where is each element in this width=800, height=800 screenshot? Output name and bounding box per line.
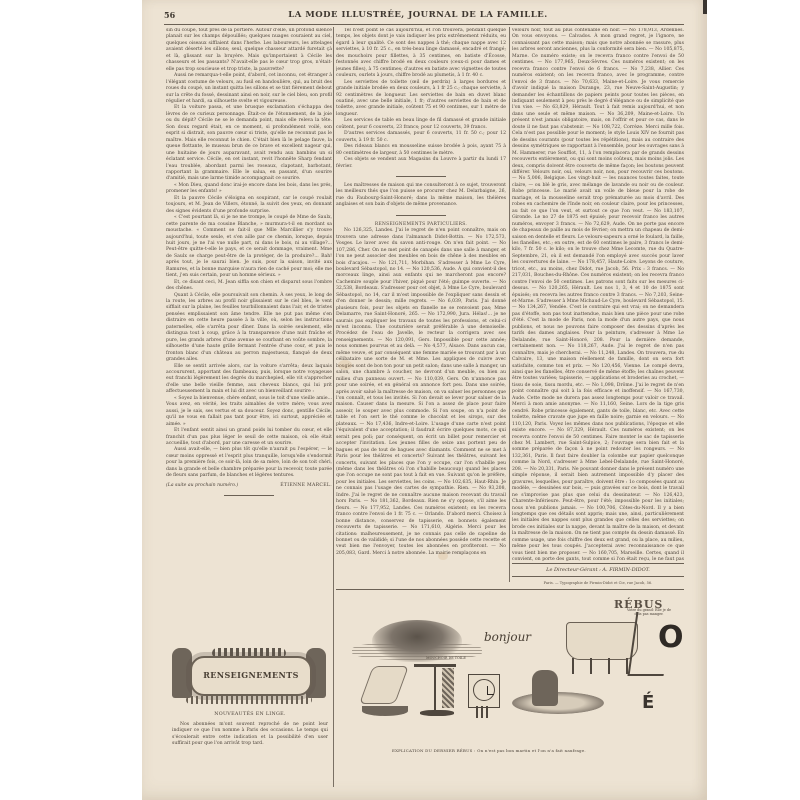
section-body: Nos abonnées m'ont souvent reproché de n… (172, 722, 328, 748)
paragraph: Nos abonnées m'ont souvent reproché de n… (172, 722, 328, 748)
paragraph: Les serviettes de toilette (œil de perdr… (336, 80, 506, 119)
paragraph: Elle se sentit arrivée alors, car la voi… (166, 364, 332, 396)
decorative-figure-illustration (172, 648, 192, 698)
author-name: ÉTIENNE MARCEL. (280, 483, 332, 489)
column-serial-story: sin du coupé, tout près de la portière. … (166, 28, 332, 592)
explanation-text: On n'est pas bon martin et l'on n'a fait… (477, 748, 586, 753)
clock-icon (468, 674, 500, 708)
bowl-illustration (362, 706, 408, 716)
paragraph: sin du coupé, tout près de la portière. … (166, 28, 332, 73)
rebus-word: bonjour (484, 630, 531, 644)
section-subheading: NOUVEAUTÉS EN LINGE. (172, 712, 328, 717)
paragraph: Et, ce disant ceci, M. Jean siffla son c… (166, 280, 332, 293)
paragraph: Ces objets se vendent aux Magasins du Lo… (336, 157, 506, 170)
paragraph: « Soyez la bienvenue, chère enfant, sous… (166, 396, 332, 428)
director-credit: Le Directeur-Gérant : A. FIRMIN-DIDOT. (512, 567, 684, 573)
hand-with-cloth-illustration (359, 666, 409, 704)
paragraph: Aussi avait-elle, — bien plus tôt qu'ell… (166, 447, 332, 479)
rebus-illustration: bonjour Votre du grand: Elle je de dois … (342, 612, 702, 742)
page-edge-shadow (703, 0, 707, 14)
column-divider (509, 27, 510, 582)
handkerchief-illustration (442, 668, 454, 708)
stand-label: MOUCHOIR DE TOILE (426, 656, 466, 660)
paragraph: D'autres services damassés, pour 6 couve… (336, 131, 506, 144)
story-signoff: (La suite au prochain numéro.) ÉTIENNE M… (166, 483, 332, 489)
paragraph: Les services de table en beau linge de f… (336, 118, 506, 131)
clock-face (473, 679, 495, 701)
towel-stand-pole (434, 666, 436, 712)
paragraph: Et la voiture passa, et une brusque excl… (166, 105, 332, 182)
paragraph: No 126,325, Landes. J'ai le regret de n'… (336, 228, 506, 557)
column-linen-notices: Tel n'est point le cas aujourd'hui, et l… (336, 28, 506, 584)
clock-weights (476, 706, 490, 718)
paragraph: « C'est pourtant là, si je ne me trompe,… (166, 215, 332, 280)
section-rule (396, 176, 446, 177)
header-rule (164, 24, 684, 25)
rebus-letter-o: O (658, 620, 684, 655)
section-rule (224, 495, 274, 496)
rebus-letter-e: É (642, 692, 654, 713)
paragraph: Et la pauvre Cécile s'éloigna en soupira… (166, 196, 332, 215)
rebus-explanation: EXPLICATION DU DERNIER RÉBUS : On n'est … (392, 748, 652, 753)
continued-note: (La suite au prochain numéro.) (166, 483, 238, 489)
paragraph: Et l'enfant sentit ainsi un grand poids … (166, 428, 332, 447)
banner-cartouche: RENSEIGNEMENTS (190, 656, 312, 696)
banner-title: RENSEIGNEMENTS (192, 670, 310, 680)
paragraph: Aussi ne remarqua-t-elle point, d'abord,… (166, 73, 332, 105)
paragraph: Des rideaux blancs en mousseline suisse … (336, 144, 506, 157)
footer-rule (512, 576, 684, 577)
column-divider (333, 27, 334, 787)
table-illustration (566, 622, 638, 660)
paragraph: Les maîtresses de maison qui me consulte… (336, 183, 506, 209)
paragraph: Quant à Cécile, elle poursuivait son che… (166, 293, 332, 364)
shepherd-with-fleece-illustration (512, 660, 604, 716)
towel-stand-base (420, 710, 454, 716)
fleece-illustration (512, 692, 604, 714)
newspaper-page: 56 LA MODE ILLUSTRÉE, JOURNAL DE LA FAMI… (142, 0, 707, 800)
section-rule (396, 215, 446, 216)
ornament-base (186, 696, 312, 704)
paper-stain (338, 360, 352, 370)
clock-hand (487, 694, 494, 695)
paper-stain (438, 552, 448, 560)
page-header: 56 LA MODE ILLUSTRÉE, JOURNAL DE LA FAMI… (158, 10, 678, 24)
paragraph: Tel n'est point le cas aujourd'hui, et l… (336, 28, 506, 80)
figure-illustration (532, 670, 558, 706)
paragraph: velours noir, tout au plus contenable en… (512, 28, 684, 564)
renseignements-banner: RENSEIGNEMENTS (172, 648, 326, 706)
paragraph: « Mon Dieu, quand donc irai-je encore da… (166, 183, 332, 196)
footer-rule (512, 563, 684, 564)
journal-title: LA MODE ILLUSTRÉE, JOURNAL DE LA FAMILLE… (158, 10, 678, 20)
section-rule (336, 589, 684, 590)
explanation-label: EXPLICATION DU DERNIER RÉBUS : (392, 748, 476, 753)
column-correspondence: velours noir, tout au plus contenable en… (512, 28, 684, 564)
printer-credit: Paris. — Typographie de Firmin-Didot et … (512, 581, 684, 585)
